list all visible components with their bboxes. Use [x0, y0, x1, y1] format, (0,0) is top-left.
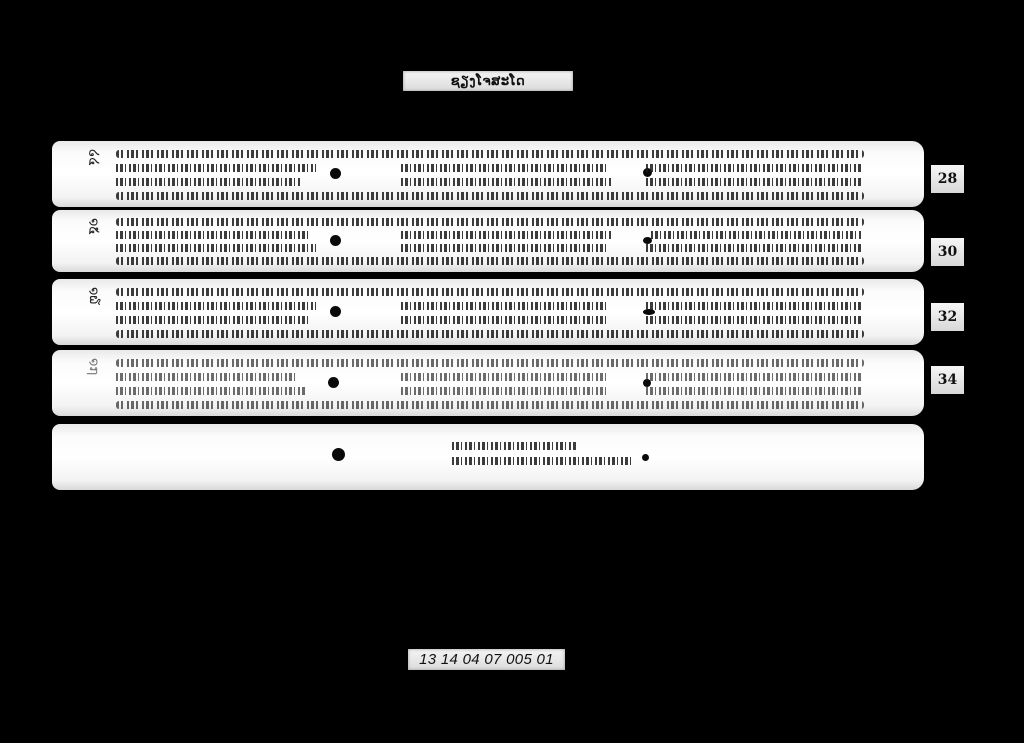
manuscript-text-lines	[116, 284, 864, 340]
manuscript-title-label: ຊຽງໂຈສະໂດ	[403, 71, 573, 91]
palm-leaf-3: ໑໖	[52, 279, 924, 345]
palm-leaf-1: ໒໔	[52, 141, 924, 207]
leaf-side-number: ໑໗	[86, 358, 100, 380]
script-line	[116, 257, 864, 265]
colophon-text-lines	[452, 438, 617, 468]
leaf-side-number: ໑໖	[86, 287, 100, 309]
leaf-side-number: ໑໕	[86, 218, 100, 240]
page-number-label: 32	[931, 303, 964, 331]
script-line	[116, 330, 864, 338]
palm-leaf-4: ໑໗	[52, 350, 924, 416]
page-number-label: 34	[931, 366, 964, 394]
archive-id-label: 13 14 04 07 005 01	[408, 649, 565, 670]
script-line	[116, 150, 864, 158]
manuscript-text-lines	[116, 215, 864, 267]
manuscript-text-lines	[116, 146, 864, 202]
page-number-label: 30	[931, 238, 964, 266]
binding-hole-left	[332, 448, 345, 461]
manuscript-text-lines	[116, 355, 864, 411]
script-line	[116, 359, 864, 367]
script-line	[452, 457, 632, 465]
palm-leaf-colophon	[52, 424, 924, 490]
palm-leaf-2: ໑໕	[52, 210, 924, 272]
script-line	[116, 218, 864, 226]
script-line	[116, 192, 864, 200]
binding-hole-right	[642, 454, 649, 461]
script-line	[452, 442, 577, 450]
leaf-side-number: ໒໔	[86, 149, 100, 171]
script-line	[116, 401, 864, 409]
script-line	[116, 288, 864, 296]
page-number-label: 28	[931, 165, 964, 193]
